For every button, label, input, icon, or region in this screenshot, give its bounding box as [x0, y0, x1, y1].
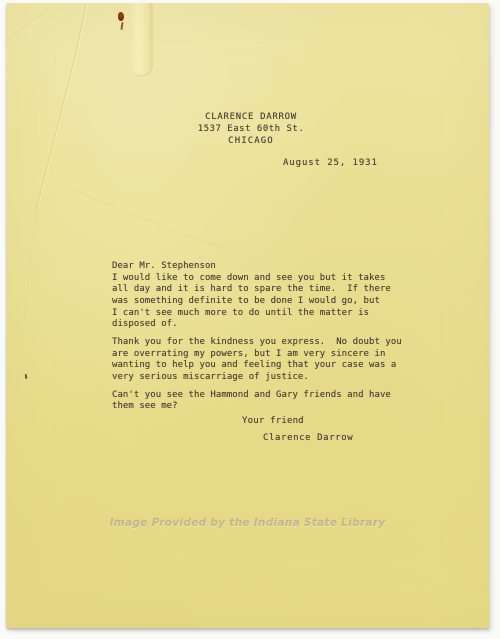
letterhead-city: CHICAGO	[13, 135, 489, 147]
letter-date: August 25, 1931	[283, 158, 378, 168]
library-watermark: Image Provided by the Indiana State Libr…	[6, 517, 489, 529]
paper-stain	[118, 12, 124, 21]
letter-paragraph-2: Thank you for the kindness you express. …	[112, 337, 432, 384]
paper-speck	[25, 374, 28, 379]
letter-paragraph-3: Can't you see the Hammond and Gary frien…	[112, 390, 432, 413]
letter-closing: Your friend	[242, 416, 304, 426]
letterhead-name: CLARENCE DARROW	[13, 111, 489, 123]
letter-body: Dear Mr. Stephenson I would like to come…	[112, 261, 432, 419]
letterhead: CLARENCE DARROW 1537 East 60th St. CHICA…	[13, 111, 489, 148]
letter-paper: CLARENCE DARROW 1537 East 60th St. CHICA…	[6, 3, 489, 628]
paper-stain-tail	[120, 22, 123, 30]
letter-paragraph-1: Dear Mr. Stephenson I would like to come…	[112, 261, 432, 331]
letter-signature: Clarence Darrow	[263, 433, 353, 443]
paper-fold-mark	[130, 3, 152, 75]
letterhead-address: 1537 East 60th St.	[13, 123, 489, 135]
scan-background: CLARENCE DARROW 1537 East 60th St. CHICA…	[0, 0, 500, 639]
